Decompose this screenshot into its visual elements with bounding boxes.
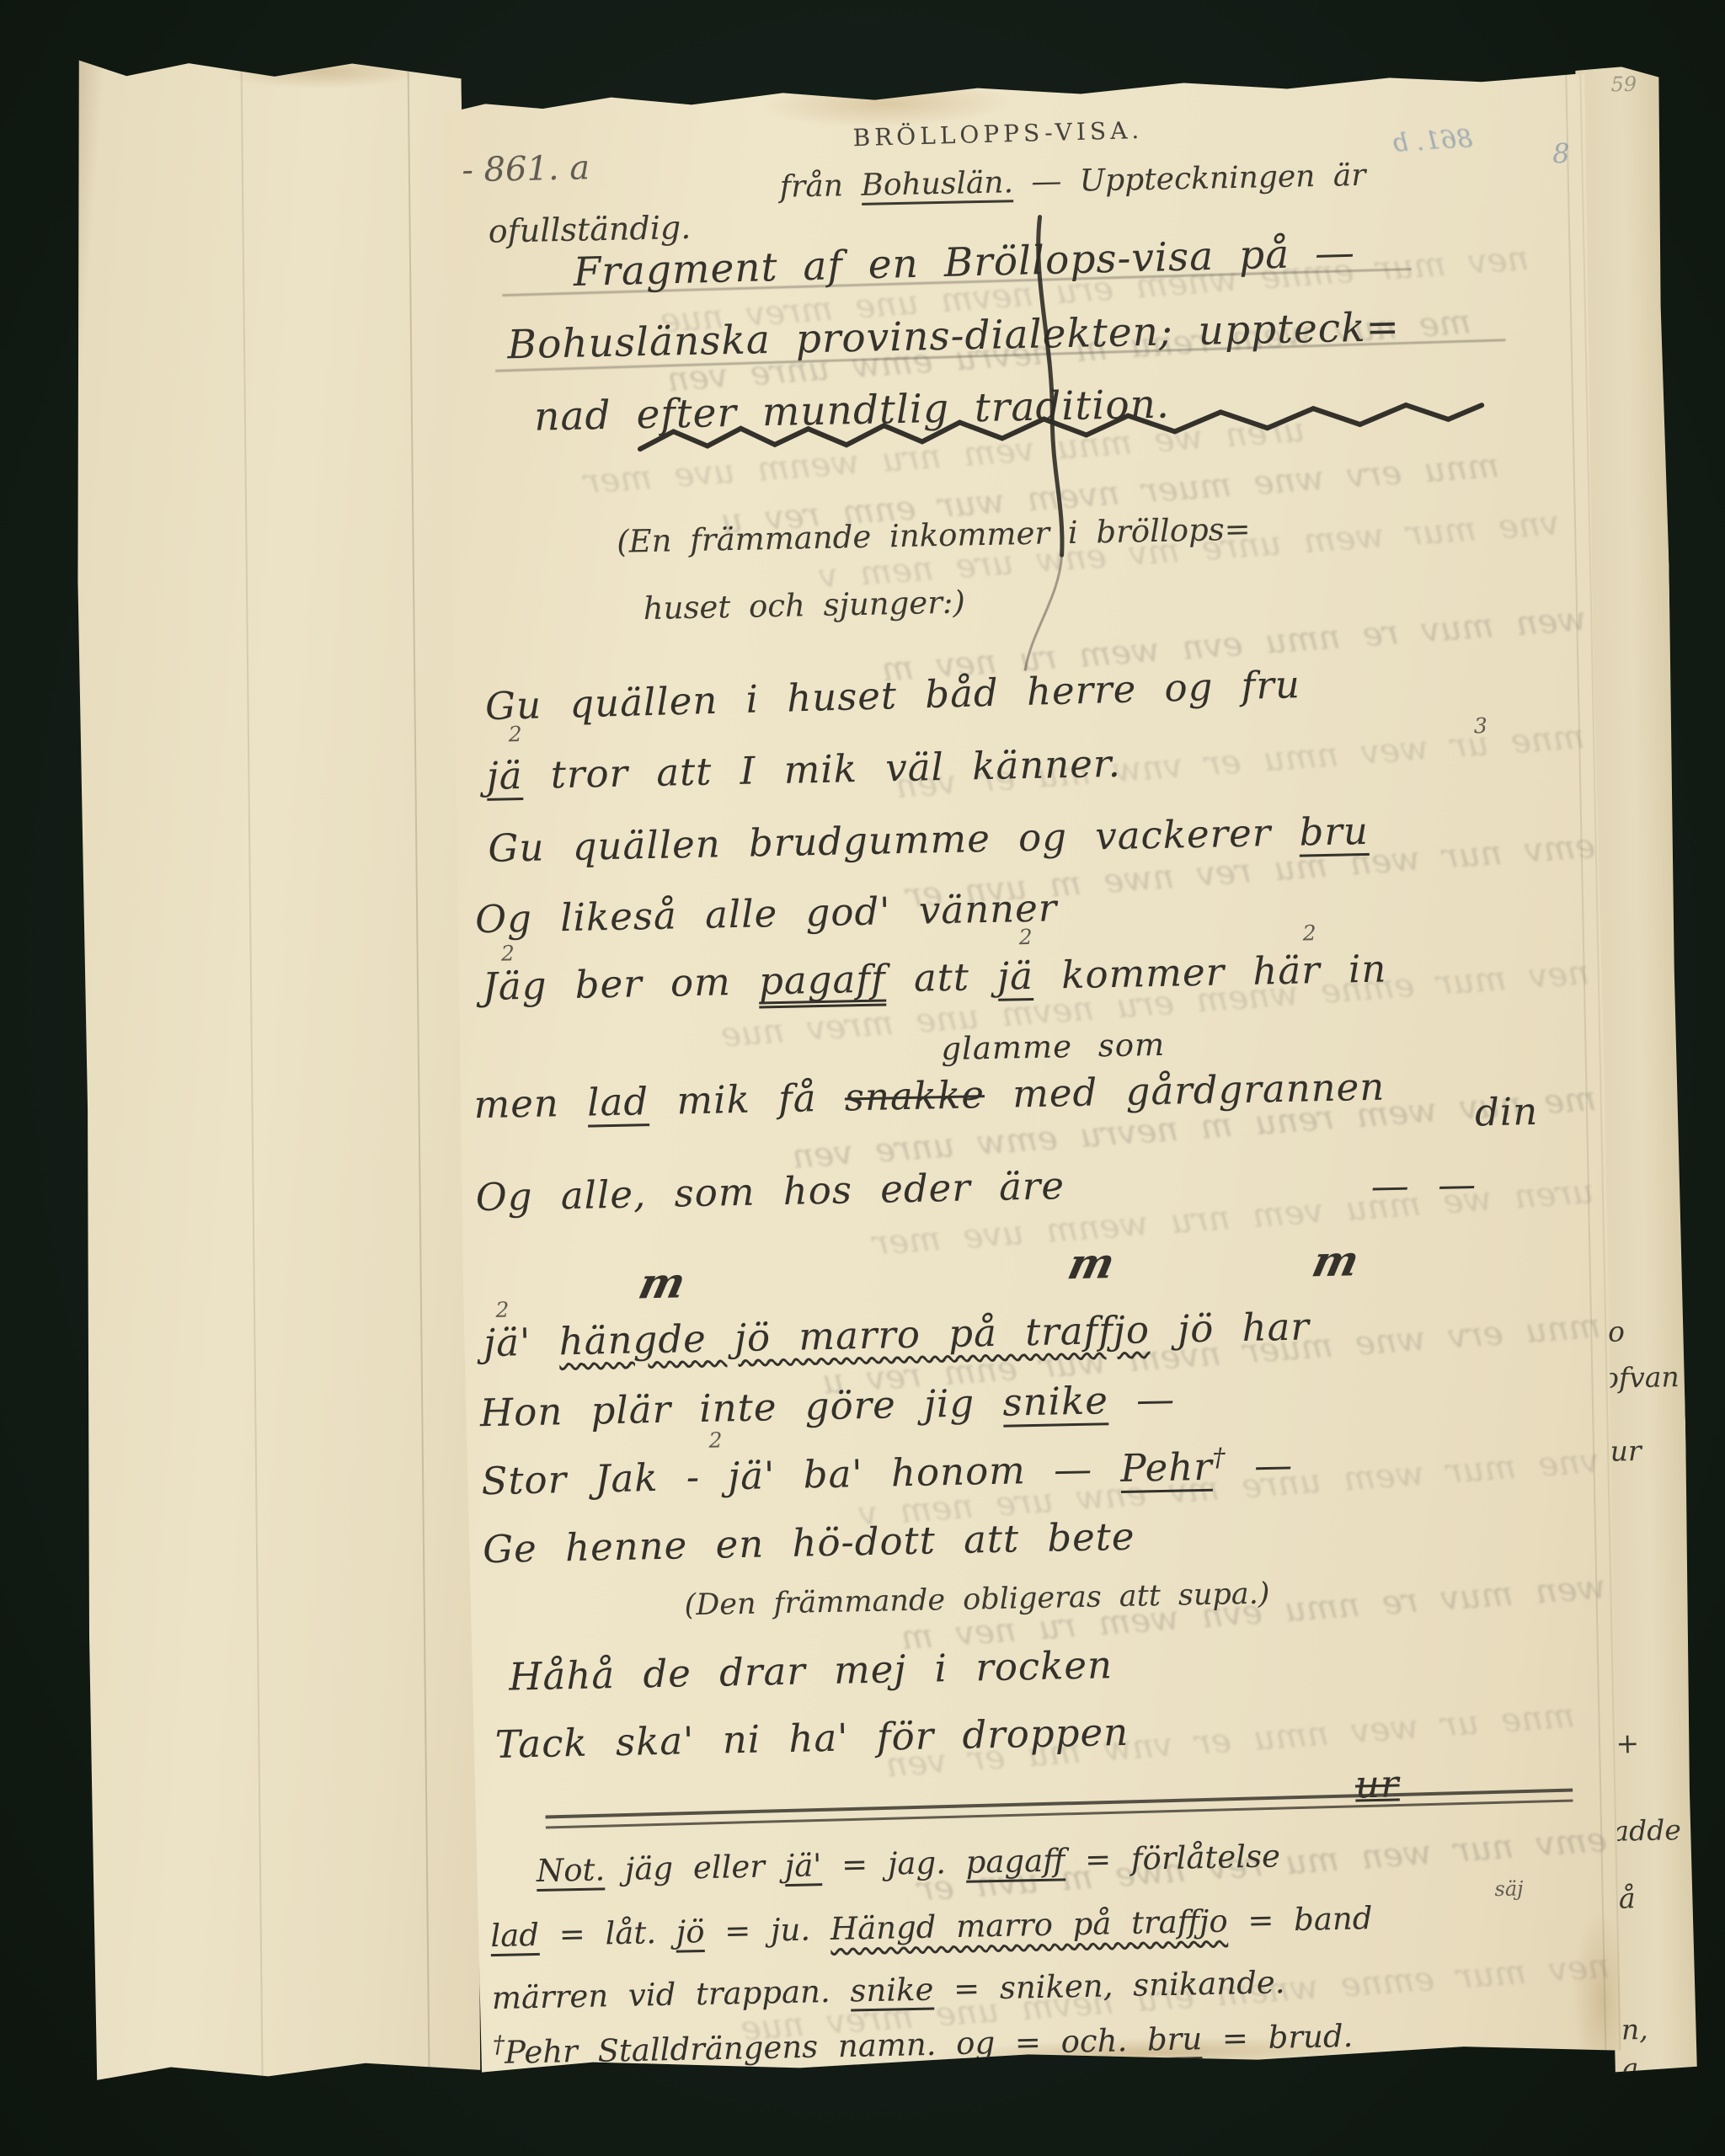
deletion-stroke [1014, 200, 1099, 677]
note-text: = låt. [539, 1914, 677, 1953]
verse-text: — [1108, 1377, 1175, 1423]
verse-word-underlined: snike [1002, 1378, 1108, 1428]
note-text: = sniken, snikande. [933, 1964, 1285, 2007]
verse-word-underlined: bru [1299, 808, 1369, 857]
dagger-mark: † [493, 2031, 505, 2058]
margin-text-fragment: ofvan [1602, 1360, 1680, 1395]
verse-word-underlined: jä [997, 953, 1034, 1001]
verse-text: Jäg ber om [482, 958, 759, 1009]
margin-text-fragment: å [1619, 1881, 1636, 1914]
superscript-mark: 2 [508, 722, 521, 746]
verse-text: jä' [483, 1319, 560, 1365]
note-text: jäg eller [605, 1848, 785, 1887]
interlinear-correction: glamme som [941, 1027, 1166, 1067]
verse-word-struck: snakke [844, 1072, 985, 1119]
margin-text-fragment: o [1608, 1315, 1626, 1347]
verse-line: Og likeså alle god' vänner [475, 885, 1058, 942]
squiggle-mark: m [1308, 1235, 1362, 1286]
page-title: BRÖLLOPPS-VISA. [852, 116, 1143, 152]
stage-direction: huset och sjunger:) [643, 584, 965, 627]
margin-text-fragment: ur [1610, 1434, 1642, 1468]
note-text: = förlåtelse [1065, 1838, 1280, 1878]
verse-text: kommer här in [1033, 947, 1386, 998]
dagger-mark: † [1212, 1443, 1226, 1472]
note-phrase-underlined: Hängd marro på traffjo [830, 1903, 1228, 1947]
verse-word-double-underlined: pagaff [758, 956, 886, 1008]
superscript-mark: 2 [1302, 921, 1316, 945]
note-word-underlined: snike [850, 1972, 934, 2012]
note-label: Not. [536, 1851, 605, 1892]
shelf-mark: - 861. a [462, 148, 590, 189]
provenance-text: från [779, 168, 861, 205]
margin-text-fragment: adde [1612, 1813, 1681, 1848]
blue-pencil-number: 8 [1552, 137, 1570, 169]
note-word-underlined: pagaff [965, 1842, 1065, 1882]
verse-text: — [1226, 1443, 1293, 1489]
interlinear-note: säj [1494, 1876, 1524, 1901]
verse-text: med gårdgrannen [984, 1065, 1385, 1118]
superscript-mark: 2 [708, 1428, 722, 1452]
bleedthrough-blue-number: 861. b [1391, 125, 1473, 158]
note-text: Stalldrängens namn. [577, 2025, 956, 2069]
verse-word-dropped: din [1474, 1089, 1538, 1134]
verse-text: men [473, 1081, 588, 1128]
note-text: = ju. [704, 1911, 830, 1950]
page-number-pencil: 59 [1610, 72, 1637, 97]
verse-text: mik få [649, 1075, 846, 1123]
manuscript-sheet: nev mur emne wnem eru nevm une mrev nue … [440, 73, 1625, 2077]
provenance-line: från Bohuslän. — Uppteckningen är [779, 158, 1366, 205]
paper-crease [240, 52, 263, 2080]
verse-name-underlined: Pehr [1120, 1444, 1213, 1493]
note-name-underlined: Pehr [505, 2033, 579, 2073]
note-text: = jag. [821, 1844, 966, 1883]
note-word-underlined: jä' [784, 1847, 822, 1886]
provenance-text: — Uppteckningen är [1013, 158, 1366, 200]
paper-stain [223, 54, 425, 90]
scanned-manuscript-page: 59 o ofvan ur + adde å n, a. nev mur emn… [0, 0, 1725, 2156]
note-text: = [1227, 1902, 1294, 1940]
provenance-place: Bohuslän. [861, 165, 1013, 205]
provenance-continuation: ofullständig. [488, 209, 691, 250]
note-text: band [1294, 1900, 1373, 1938]
verse-word-underlined: lad [587, 1079, 649, 1127]
superscript-mark: 3 [1474, 713, 1487, 738]
verse-word-underlined: jä [486, 753, 523, 801]
note-text: = brud. [1202, 2018, 1354, 2057]
superscript-mark: 2 [1018, 925, 1032, 949]
margin-text-fragment: n, [1621, 2013, 1648, 2047]
note-word-underlined: jö [676, 1913, 705, 1953]
note-word-underlined: og [956, 2025, 996, 2064]
margin-text-fragment: a. [1621, 2052, 1648, 2074]
paper-crease [407, 51, 430, 2079]
verse-text: att [885, 954, 998, 1001]
verse-text: Hon plär inte göre jig [479, 1380, 1003, 1435]
verse-text: jö har [1149, 1304, 1310, 1352]
underlying-sheet-left [72, 51, 482, 2083]
note-text: = och. [995, 2022, 1148, 2062]
note-word-underlined: bru [1147, 2021, 1203, 2061]
note-word-underlined: lad [490, 1917, 539, 1956]
verse-dashes: — — [1370, 1161, 1477, 1209]
note-text: märren vid trappan. [491, 1973, 850, 2017]
superscript-mark: 2 [495, 1298, 509, 1322]
superscript-mark: 2 [501, 941, 515, 965]
margin-text-fragment: + [1616, 1726, 1639, 1760]
